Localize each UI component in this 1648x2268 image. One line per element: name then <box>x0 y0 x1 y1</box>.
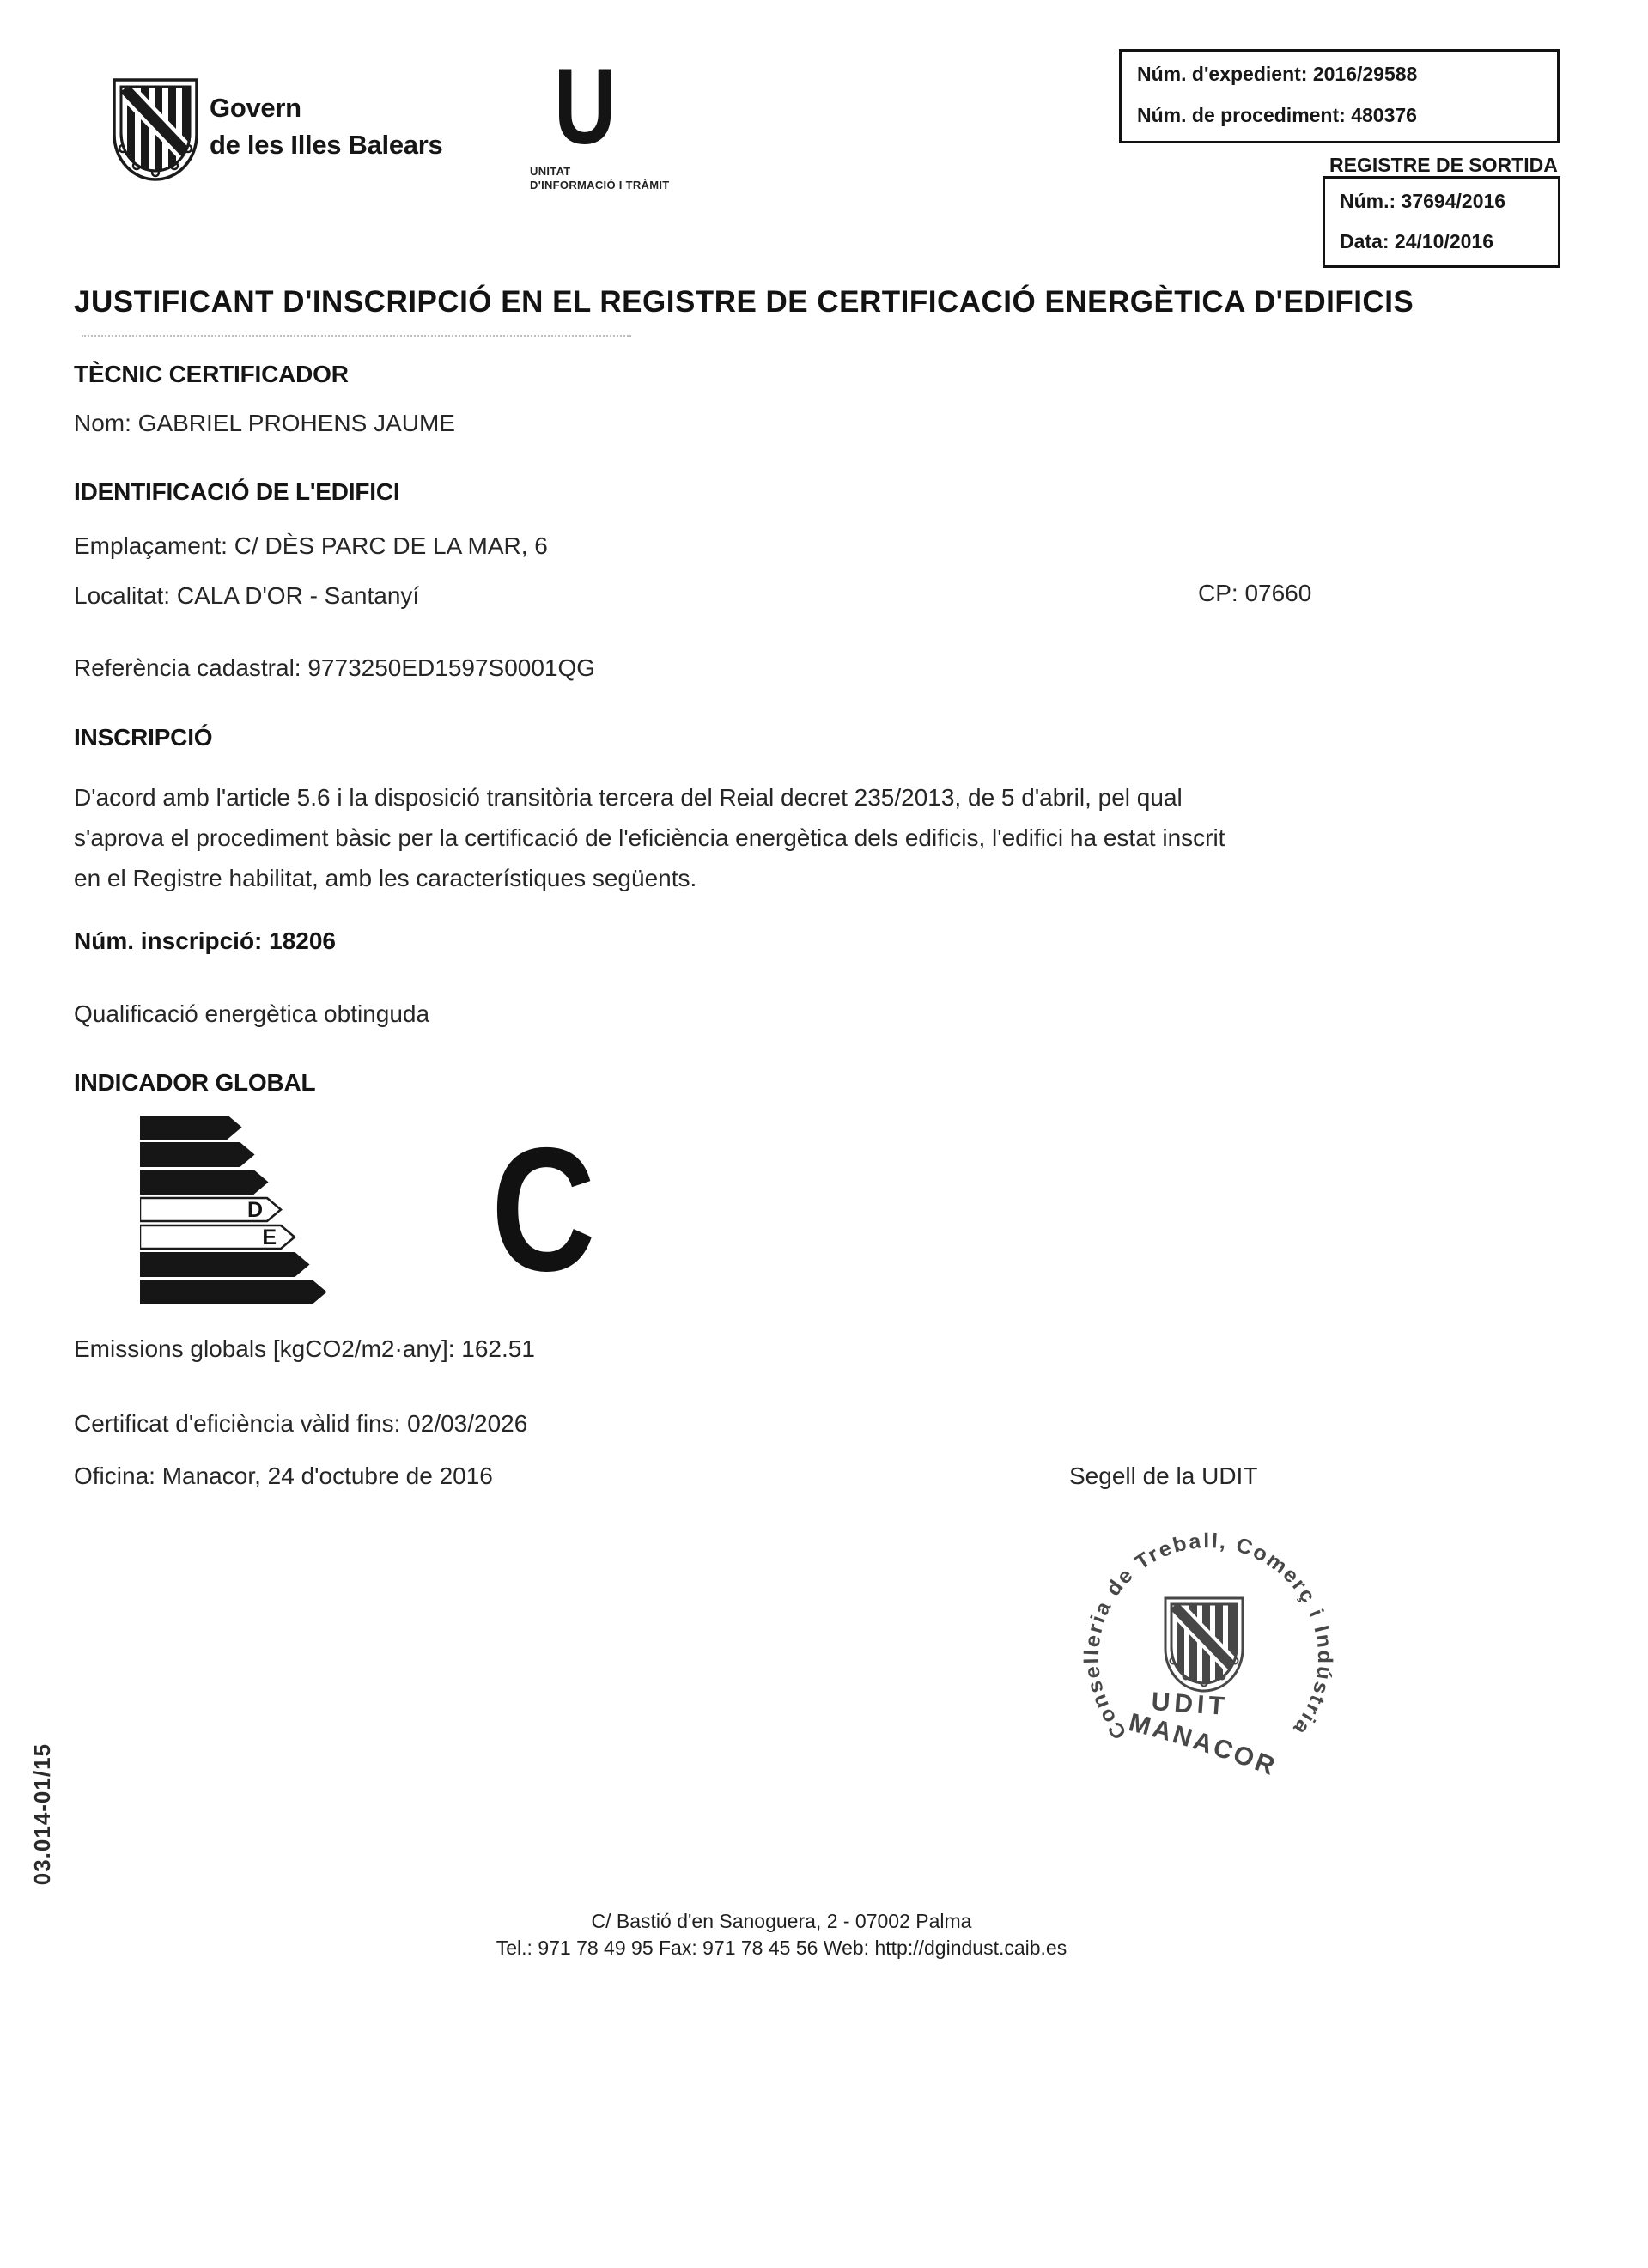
segell-label: Segell de la UDIT <box>1069 1462 1257 1490</box>
scan-artifact-dotted-line <box>82 335 631 337</box>
footer-contact: Tel.: 971 78 49 95 Fax: 971 78 45 56 Web… <box>52 1935 1511 1961</box>
emissions-line: Emissions globals [kgCO2/m2·any]: 162.51 <box>74 1335 535 1363</box>
edifici-heading: IDENTIFICACIÓ DE L'EDIFICI <box>74 478 399 506</box>
stamp-coat-of-arms-icon <box>1165 1598 1243 1691</box>
inscripcio-paragraph: D'acord amb l'article 5.6 i la disposici… <box>74 777 1551 898</box>
inscripcio-heading: INSCRIPCIÓ <box>74 724 212 751</box>
govern-wordmark-line1: Govern <box>210 89 442 126</box>
govern-wordmark-line2: de les Illes Balears <box>210 126 442 163</box>
energy-scale-chart: DE <box>140 1116 339 1308</box>
tecnic-nom-line: Nom: GABRIEL PROHENS JAUME <box>74 410 455 437</box>
document-title: JUSTIFICANT D'INSCRIPCIÓ EN EL REGISTRE … <box>74 285 1568 319</box>
procediment-number: Núm. de procediment: 480376 <box>1137 104 1557 127</box>
referencia-cadastral-line: Referència cadastral: 9773250ED1597S0001… <box>74 654 595 682</box>
tecnic-heading: TÈCNIC CERTIFICADOR <box>74 361 349 388</box>
indicador-heading: INDICADOR GLOBAL <box>74 1069 315 1097</box>
qualificacio-line: Qualificació energètica obtinguda <box>74 1000 429 1028</box>
inscripcio-paragraph-line3: en el Registre habilitat, amb les caract… <box>74 858 1551 898</box>
udit-logo-caption-line1: UNITAT <box>530 165 669 179</box>
expedient-number: Núm. d'expedient: 2016/29588 <box>1137 63 1557 86</box>
energy-band-G <box>140 1280 325 1304</box>
energy-band-letter-D: D <box>247 1198 263 1222</box>
govern-wordmark: Govern de les Illes Balears <box>210 89 442 163</box>
udit-logo-caption: UNITAT D'INFORMACIÓ I TRÀMIT <box>530 165 669 192</box>
valid-until-line: Certificat d'eficiència vàlid fins: 02/0… <box>74 1410 527 1438</box>
energy-band-C <box>140 1170 267 1194</box>
emplacament-line: Emplaçament: C/ DÈS PARC DE LA MAR, 6 <box>74 532 548 560</box>
energy-band-A <box>140 1116 240 1139</box>
cp-line: CP: 07660 <box>1198 580 1311 607</box>
energy-band-F <box>140 1253 308 1276</box>
registre-number: Núm.: 37694/2016 <box>1340 190 1558 213</box>
footer-address: C/ Bastió d'en Sanoguera, 2 - 07002 Palm… <box>52 1908 1511 1935</box>
registre-date: Data: 24/10/2016 <box>1340 230 1558 253</box>
footer: C/ Bastió d'en Sanoguera, 2 - 07002 Palm… <box>52 1908 1511 1961</box>
registre-sortida-box: Núm.: 37694/2016 Data: 24/10/2016 <box>1323 176 1560 268</box>
num-inscripcio-line: Núm. inscripció: 18206 <box>74 927 336 955</box>
inscripcio-paragraph-line1: D'acord amb l'article 5.6 i la disposici… <box>74 777 1551 818</box>
udit-stamp: Conselleria de Treball, Comerç i Indústr… <box>1061 1522 1357 1818</box>
udit-logo-caption-line2: D'INFORMACIÓ I TRÀMIT <box>530 179 669 192</box>
inscripcio-paragraph-line2: s'aprova el procediment bàsic per la cer… <box>74 818 1551 858</box>
balearic-coat-of-arms-icon <box>108 77 203 182</box>
expedient-box: Núm. d'expedient: 2016/29588 Núm. de pro… <box>1119 49 1560 143</box>
form-code: 03.014-01/15 <box>29 1743 56 1885</box>
energy-band-letter-E: E <box>262 1225 277 1250</box>
udit-u-logo: U <box>554 53 616 161</box>
oficina-line: Oficina: Manacor, 24 d'octubre de 2016 <box>74 1462 493 1490</box>
document-page: Govern de les Illes Balears U UNITAT D'I… <box>0 0 1648 2268</box>
energy-rating-letter: C <box>491 1122 595 1298</box>
registre-sortida-label: REGISTRE DE SORTIDA <box>1329 154 1558 177</box>
localitat-line: Localitat: CALA D'OR - Santanyí <box>74 582 419 610</box>
energy-band-B <box>140 1143 253 1166</box>
